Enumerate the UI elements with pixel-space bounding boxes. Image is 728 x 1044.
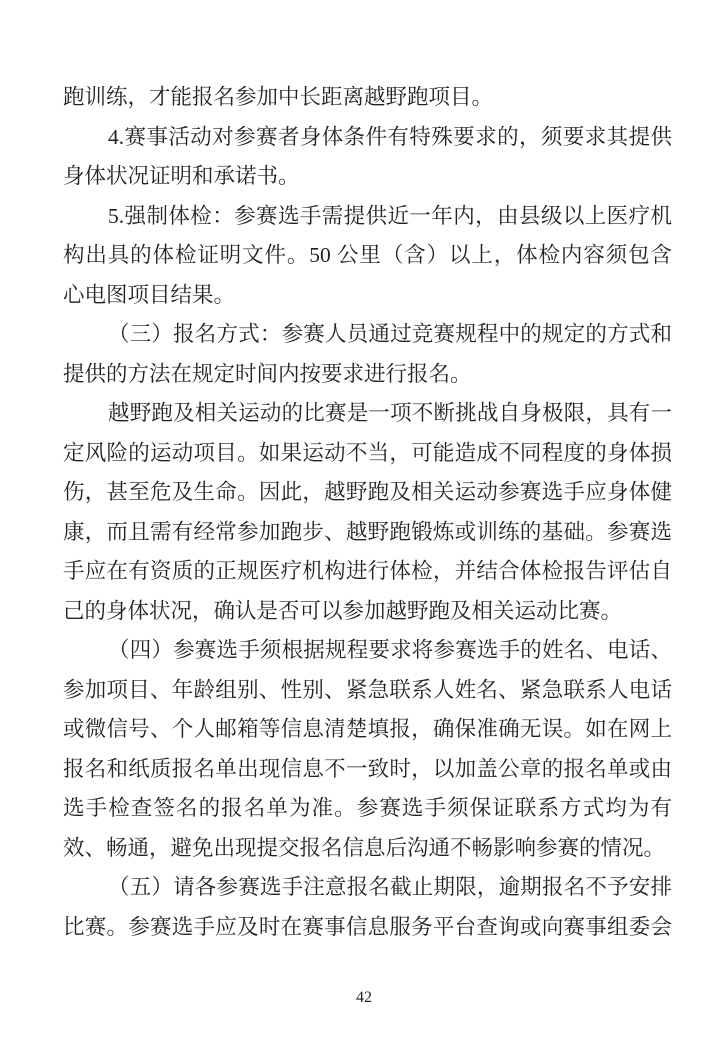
paragraph: 跑训练，才能报名参加中长距离越野跑项目。 — [63, 78, 672, 118]
paragraph: （三）报名方式：参赛人员通过竞赛规程中的规定的方式和 提供的方法在规定时间内按要… — [63, 315, 672, 394]
text-line: 或微信号、个人邮箱等信息清楚填报，确保准确无误。如在网上 — [63, 710, 672, 750]
text-line: 己的身体状况，确认是否可以参加越野跑及相关运动比赛。 — [63, 592, 672, 632]
text-line: 定风险的运动项目。如果运动不当，可能造成不同程度的身体损 — [63, 434, 672, 474]
page-number: 42 — [0, 989, 728, 1007]
text-line: 参加项目、年龄组别、性别、紧急联系人姓名、紧急联系人电话 — [63, 671, 672, 711]
text-line: 手应在有资质的正规医疗机构进行体检，并结合体检报告评估自 — [63, 552, 672, 592]
text-line: 身体状况证明和承诺书。 — [63, 157, 672, 197]
text-line: 比赛。参赛选手应及时在赛事信息服务平台查询或向赛事组委会 — [63, 908, 672, 948]
document-body: 跑训练，才能报名参加中长距离越野跑项目。 4.赛事活动对参赛者身体条件有特殊要求… — [63, 78, 672, 947]
text-line: 效、畅通，避免出现提交报名信息后沟通不畅影响参赛的情况。 — [63, 829, 672, 869]
text-line: （五）请各参赛选手注意报名截止期限，逾期报名不予安排 — [63, 868, 672, 908]
text-line: 4.赛事活动对参赛者身体条件有特殊要求的，须要求其提供 — [63, 118, 672, 158]
text-line: 伤，甚至危及生命。因此，越野跑及相关运动参赛选手应身体健 — [63, 473, 672, 513]
paragraph: 5.强制体检：参赛选手需提供近一年内，由县级以上医疗机 构出具的体检证明文件。5… — [63, 197, 672, 316]
text-line: （四）参赛选手须根据规程要求将参赛选手的姓名、电话、 — [63, 631, 672, 671]
paragraph: 4.赛事活动对参赛者身体条件有特殊要求的，须要求其提供 身体状况证明和承诺书。 — [63, 118, 672, 197]
text-line: 构出具的体检证明文件。50 公里（含）以上，体检内容须包含 — [63, 236, 672, 276]
text-line: 报名和纸质报名单出现信息不一致时，以加盖公章的报名单或由 — [63, 750, 672, 790]
text-line: 5.强制体检：参赛选手需提供近一年内，由县级以上医疗机 — [63, 197, 672, 237]
text-line: 跑训练，才能报名参加中长距离越野跑项目。 — [63, 78, 672, 118]
paragraph: （五）请各参赛选手注意报名截止期限，逾期报名不予安排 比赛。参赛选手应及时在赛事… — [63, 868, 672, 947]
text-line: 康，而且需有经常参加跑步、越野跑锻炼或训练的基础。参赛选 — [63, 513, 672, 553]
text-line: （三）报名方式：参赛人员通过竞赛规程中的规定的方式和 — [63, 315, 672, 355]
text-line: 提供的方法在规定时间内按要求进行报名。 — [63, 355, 672, 395]
text-line: 越野跑及相关运动的比赛是一项不断挑战自身极限，具有一 — [63, 394, 672, 434]
document-page: 跑训练，才能报名参加中长距离越野跑项目。 4.赛事活动对参赛者身体条件有特殊要求… — [0, 0, 728, 1044]
text-line: 心电图项目结果。 — [63, 276, 672, 316]
text-line: 选手检查签名的报名单为准。参赛选手须保证联系方式均为有 — [63, 789, 672, 829]
paragraph: 越野跑及相关运动的比赛是一项不断挑战自身极限，具有一 定风险的运动项目。如果运动… — [63, 394, 672, 631]
paragraph: （四）参赛选手须根据规程要求将参赛选手的姓名、电话、 参加项目、年龄组别、性别、… — [63, 631, 672, 868]
